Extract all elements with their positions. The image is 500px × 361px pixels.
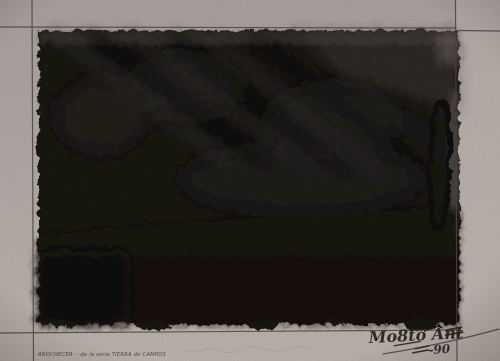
artwork-photo-container: ·ANOCHECER· - de la serie TIERRA de CAMP… xyxy=(0,0,500,361)
artwork-scan: ·ANOCHECER· - de la serie TIERRA de CAMP… xyxy=(0,0,500,361)
photo-vignette xyxy=(0,0,500,361)
